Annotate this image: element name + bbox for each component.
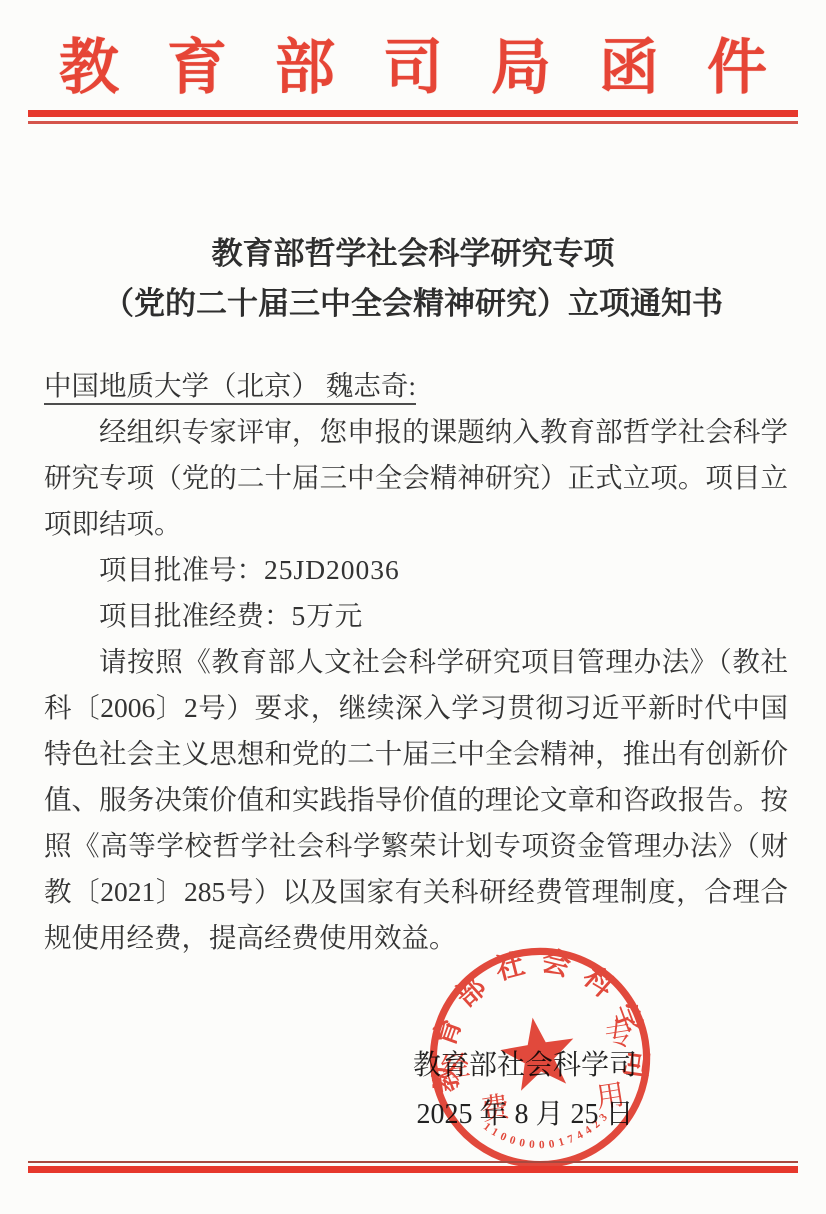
signature-organization: 教育部社会科学司 [413, 1041, 637, 1090]
project-fund-line: 项目批准经费：5万元 [44, 593, 788, 639]
footer-rule-thick [28, 1166, 798, 1173]
body-paragraph-2: 请按照《教育部人文社会科学研究项目管理办法》（教社科〔2006〕2号）要求，继续… [44, 639, 788, 961]
addressee-text: 中国地质大学（北京） 魏志奇: [44, 370, 416, 405]
addressee-line: 中国地质大学（北京） 魏志奇: [44, 363, 788, 409]
letterhead-title: 教育部司局函件 [0, 20, 826, 106]
project-number-value: 25JD20036 [264, 554, 400, 585]
header-rule-thin [28, 121, 798, 124]
document-title: 教育部哲学社会科学研究专项 （党的二十届三中全会精神研究）立项通知书 [0, 229, 826, 329]
project-fund-value: 5万元 [292, 600, 364, 631]
project-fund-label: 项目批准经费： [99, 600, 292, 631]
document-page: 教育部司局函件 教育部哲学社会科学研究专项 （党的二十届三中全会精神研究）立项通… [0, 0, 826, 1214]
project-number-label: 项目批准号： [99, 554, 264, 585]
body-paragraph-1: 经组织专家评审，您申报的课题纳入教育部哲学社会科学研究专项（党的二十届三中全会精… [44, 409, 788, 547]
closing-block: 教育部社会科学司 2025 年 8 月 25 日 [413, 1041, 637, 1139]
document-title-line1: 教育部哲学社会科学研究专项 [0, 229, 826, 279]
signature-date: 2025 年 8 月 25 日 [413, 1090, 637, 1139]
footer-rule-thin [28, 1161, 798, 1163]
letter-body: 中国地质大学（北京） 魏志奇: 经组织专家评审，您申报的课题纳入教育部哲学社会科… [44, 363, 788, 961]
header-rule-thick [28, 110, 798, 117]
document-title-line2: （党的二十届三中全会精神研究）立项通知书 [0, 279, 826, 329]
project-number-line: 项目批准号：25JD20036 [44, 547, 788, 593]
